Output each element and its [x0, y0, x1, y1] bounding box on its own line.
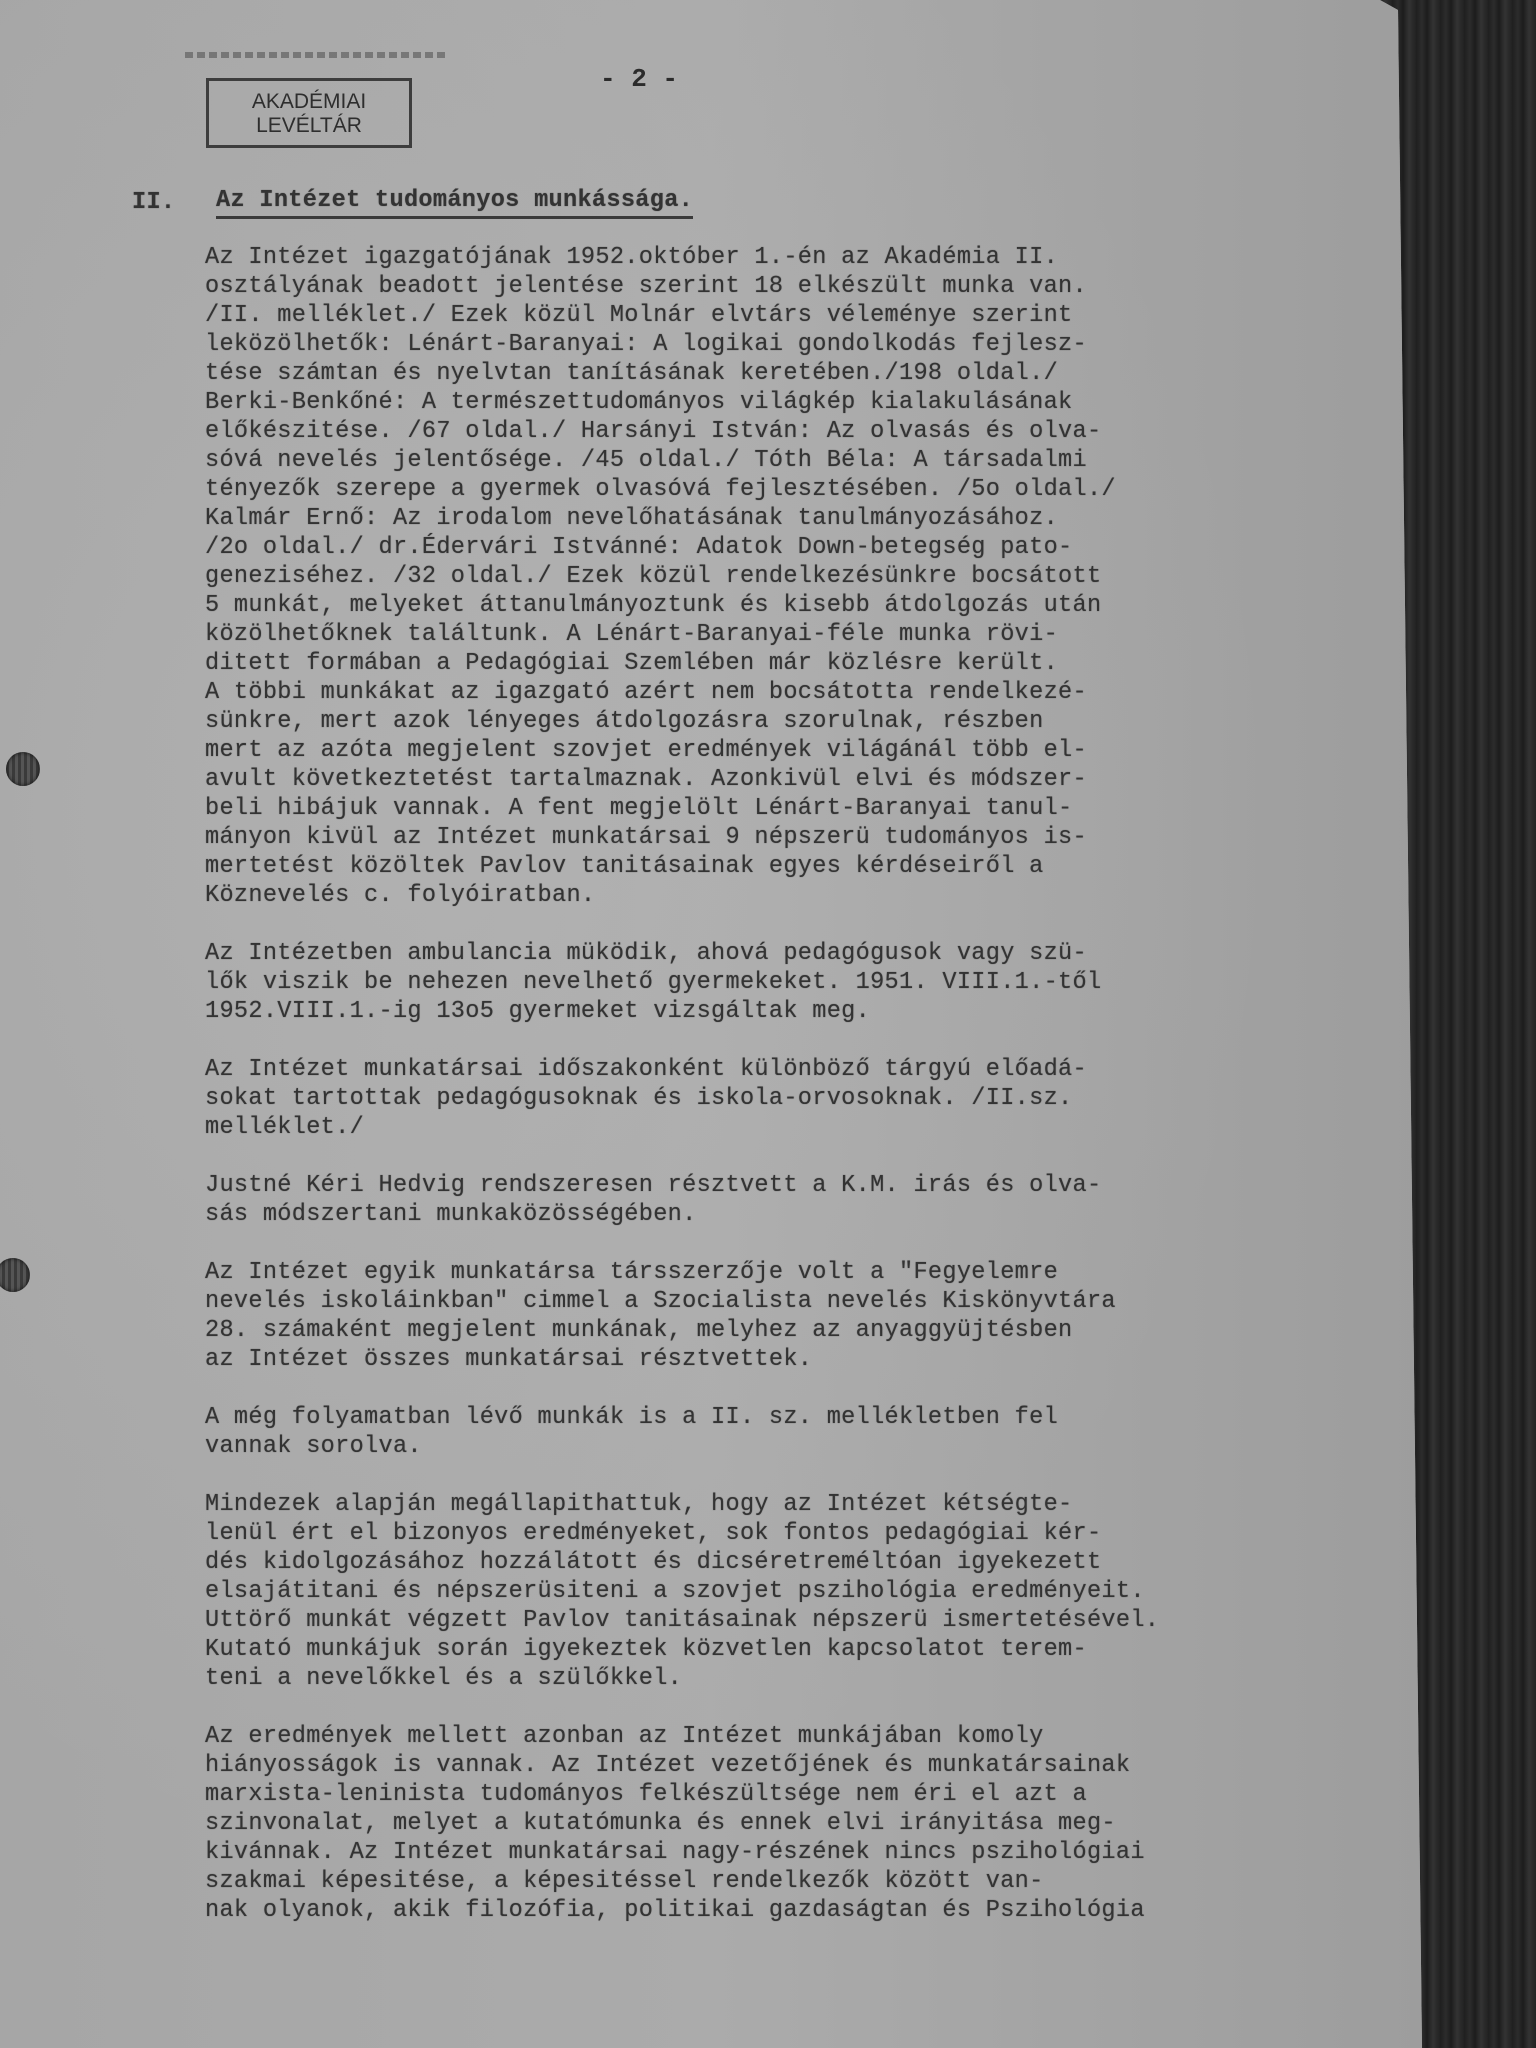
- text-line: avult következtetést tartalmaznak. Azonk…: [205, 765, 1405, 794]
- text-line: Berki-Benkőné: A természettudományos vil…: [205, 388, 1405, 417]
- text-line: geneziséhez. /32 oldal./ Ezek közül rend…: [205, 562, 1405, 591]
- text-line: hiányosságok is vannak. Az Intézet vezet…: [205, 1751, 1405, 1780]
- paragraph: Justné Kéri Hedvig rendszeresen résztvet…: [205, 1171, 1405, 1229]
- text-line: melléklet./: [205, 1113, 1405, 1142]
- text-line: 28. számaként megjelent munkának, melyhe…: [205, 1316, 1405, 1345]
- text-line: előkészitése. /67 oldal./ Harsányi Istvá…: [205, 417, 1405, 446]
- text-line: az Intézet összes munkatársai résztvette…: [205, 1345, 1405, 1374]
- text-line: mert az azóta megjelent szovjet eredmény…: [205, 736, 1405, 765]
- section-title: Az Intézet tudományos munkássága.: [216, 186, 693, 219]
- paragraph: Az Intézet munkatársai időszakonként kül…: [205, 1055, 1405, 1142]
- text-line: szinvonalat, melyet a kutatómunka és enn…: [205, 1809, 1405, 1838]
- text-line: lenül ért el bizonyos eredményeket, sok …: [205, 1519, 1405, 1548]
- text-line: lők viszik be nehezen nevelhető gyermeke…: [205, 968, 1405, 997]
- section-number: II.: [132, 188, 175, 217]
- document-page: AKADÉMIAI LEVÉLTÁR - 2 - II. Az Intézet …: [0, 0, 1422, 2048]
- punch-hole-icon: [0, 1258, 30, 1292]
- text-line: osztályának beadott jelentése szerint 18…: [205, 272, 1405, 301]
- text-line: Az Intézetben ambulancia müködik, ahová …: [205, 939, 1405, 968]
- text-line: A még folyamatban lévő munkák is a II. s…: [205, 1403, 1405, 1432]
- paragraph: Az Intézet igazgatójának 1952.október 1.…: [205, 243, 1405, 910]
- text-line: marxista-leninista tudományos felkészült…: [205, 1780, 1405, 1809]
- paragraph: Az Intézet egyik munkatársa társszerzője…: [205, 1258, 1405, 1374]
- text-line: sás módszertani munkaközösségében.: [205, 1200, 1405, 1229]
- archive-stamp: AKADÉMIAI LEVÉLTÁR: [206, 78, 412, 148]
- stamp-line-1: AKADÉMIAI: [209, 90, 409, 114]
- text-line: közölhetőknek találtunk. A Lénárt-Barany…: [205, 620, 1405, 649]
- text-line: sokat tartottak pedagógusoknak és iskola…: [205, 1084, 1405, 1113]
- text-line: /II. melléklet./ Ezek közül Molnár elvtá…: [205, 301, 1405, 330]
- text-line: teni a nevelőkkel és a szülőkkel.: [205, 1664, 1405, 1693]
- text-line: vannak sorolva.: [205, 1432, 1405, 1461]
- text-line: nak olyanok, akik filozófia, politikai g…: [205, 1896, 1405, 1925]
- page-number: - 2 -: [600, 64, 678, 94]
- text-line: A többi munkákat az igazgató azért nem b…: [205, 678, 1405, 707]
- text-line: ditett formában a Pedagógiai Szemlében m…: [205, 649, 1405, 678]
- text-line: Az eredmények mellett azonban az Intézet…: [205, 1722, 1405, 1751]
- text-line: Az Intézet munkatársai időszakonként kül…: [205, 1055, 1405, 1084]
- text-line: 5 munkát, melyeket áttanulmányoztunk és …: [205, 591, 1405, 620]
- document-body: Az Intézet igazgatójának 1952.október 1.…: [205, 243, 1405, 1954]
- text-line: 1952.VIII.1.-ig 13o5 gyermeket vizsgálta…: [205, 997, 1405, 1026]
- text-line: Köznevelés c. folyóiratban.: [205, 881, 1405, 910]
- text-line: Az Intézet egyik munkatársa társszerzője…: [205, 1258, 1405, 1287]
- text-line: kivánnak. Az Intézet munkatársai nagy-ré…: [205, 1838, 1405, 1867]
- text-line: mányon kivül az Intézet munkatársai 9 né…: [205, 823, 1405, 852]
- text-line: sünkre, mert azok lényeges átdolgozásra …: [205, 707, 1405, 736]
- text-line: Mindezek alapján megállapithattuk, hogy …: [205, 1490, 1405, 1519]
- text-line: Az Intézet igazgatójának 1952.október 1.…: [205, 243, 1405, 272]
- paragraph: Az eredmények mellett azonban az Intézet…: [205, 1722, 1405, 1925]
- text-line: beli hibájuk vannak. A fent megjelölt Lé…: [205, 794, 1405, 823]
- paragraph: Mindezek alapján megállapithattuk, hogy …: [205, 1490, 1405, 1693]
- stamp-line-2: LEVÉLTÁR: [209, 114, 409, 138]
- text-line: sóvá nevelés jelentősége. /45 oldal./ Tó…: [205, 446, 1405, 475]
- text-line: Justné Kéri Hedvig rendszeresen résztvet…: [205, 1171, 1405, 1200]
- text-line: nevelés iskoláinkban" cimmel a Szocialis…: [205, 1287, 1405, 1316]
- text-line: leközölhetők: Lénárt-Baranyai: A logikai…: [205, 330, 1405, 359]
- text-line: Kutató munkájuk során igyekeztek közvetl…: [205, 1635, 1405, 1664]
- text-line: tényezők szerepe a gyermek olvasóvá fejl…: [205, 475, 1405, 504]
- paragraph: A még folyamatban lévő munkák is a II. s…: [205, 1403, 1405, 1461]
- text-line: Uttörő munkát végzett Pavlov tanitásaina…: [205, 1606, 1405, 1635]
- punch-hole-icon: [6, 752, 40, 786]
- text-line: tése számtan és nyelvtan tanításának ker…: [205, 359, 1405, 388]
- top-edge-marking: [185, 52, 445, 58]
- text-line: dés kidolgozásához hozzálátott és dicsér…: [205, 1548, 1405, 1577]
- text-line: Kalmár Ernő: Az irodalom nevelőhatásának…: [205, 504, 1405, 533]
- text-line: /2o oldal./ dr.Édervári Istvánné: Adatok…: [205, 533, 1405, 562]
- text-line: mertetést közöltek Pavlov tanitásainak e…: [205, 852, 1405, 881]
- text-line: szakmai képesitése, a képesitéssel rende…: [205, 1867, 1405, 1896]
- text-line: elsajátitani és népszerüsiteni a szovjet…: [205, 1577, 1405, 1606]
- paragraph: Az Intézetben ambulancia müködik, ahová …: [205, 939, 1405, 1026]
